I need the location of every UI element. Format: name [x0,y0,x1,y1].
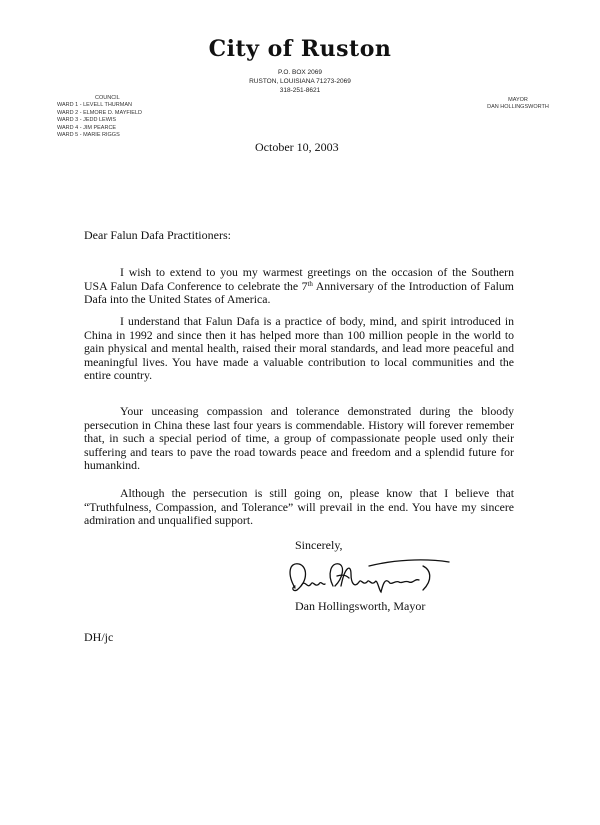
paragraph-3-text: Your unceasing compassion and tolerance … [84,404,514,472]
council-member: WARD 4 - JIM PEARCE [57,125,142,132]
address-line: RUSTON, LOUISIANA 71273-2069 [0,77,600,86]
mayor-name: DAN HOLLINGSWORTH [468,104,568,111]
city-title: City of Ruston [0,36,600,62]
paragraph-1: I wish to extend to you my warmest greet… [84,266,514,307]
council-member: WARD 3 - JEDD LEWIS [57,117,142,124]
paragraph-3: Your unceasing compassion and tolerance … [84,405,514,473]
signer-name: Dan Hollingsworth, Mayor [295,599,425,614]
paragraph-2: I understand that Falun Dafa is a practi… [84,315,514,383]
letter-date: October 10, 2003 [255,140,339,155]
city-address: P.O. BOX 2069 RUSTON, LOUISIANA 71273-20… [0,68,600,95]
address-line: 318-251-8621 [0,86,600,95]
salutation: Dear Falun Dafa Practitioners: [84,228,231,243]
typist-initials: DH/jc [84,630,113,645]
signature-icon [283,556,453,598]
council-heading: COUNCIL [57,95,142,102]
council-member: WARD 2 - ELMORE D. MAYFIELD [57,110,142,117]
paragraph-2-text: I understand that Falun Dafa is a practi… [84,314,514,382]
council-member: WARD 1 - LEVELL THURMAN [57,102,142,109]
mayor-block: MAYOR DAN HOLLINGSWORTH [468,97,568,112]
closing: Sincerely, [295,538,343,553]
address-line: P.O. BOX 2069 [0,68,600,77]
mayor-heading: MAYOR [468,97,568,104]
council-list: COUNCIL WARD 1 - LEVELL THURMAN WARD 2 -… [57,95,142,139]
paragraph-4-text: Although the persecution is still going … [84,486,514,527]
paragraph-4: Although the persecution is still going … [84,487,514,528]
council-member: WARD 5 - MARIE RIGGS [57,132,142,139]
